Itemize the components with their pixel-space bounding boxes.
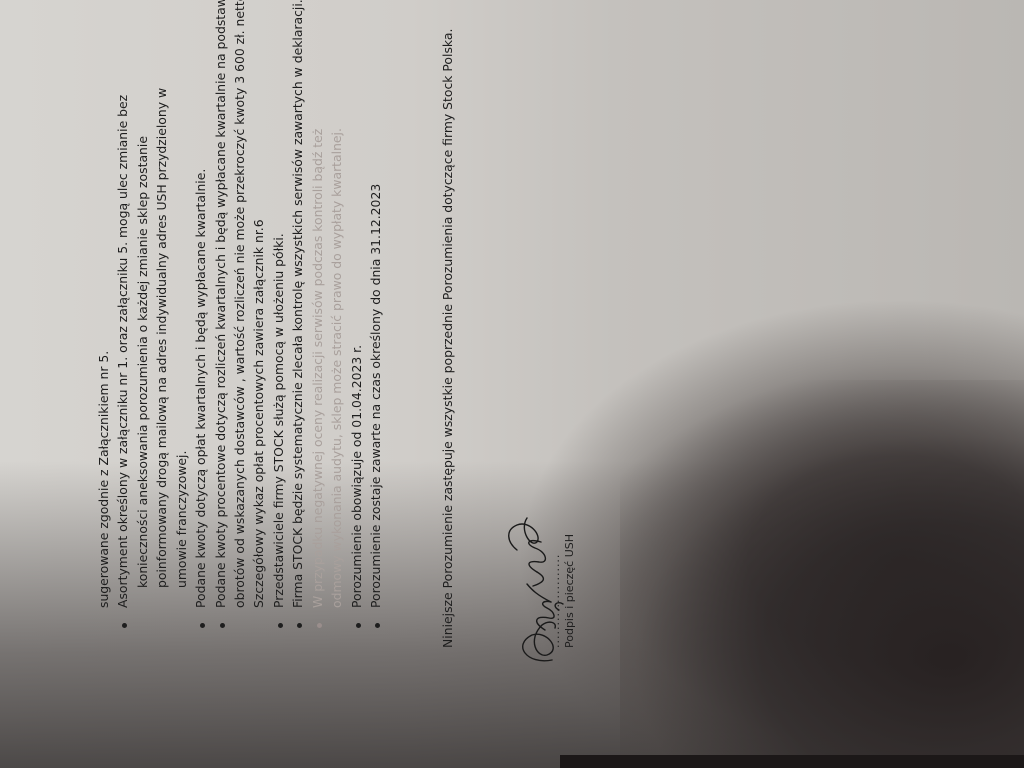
table-edge [560, 755, 1024, 768]
text-line: obrotów od wskazanych dostawców , wartoś… [232, 0, 248, 608]
bullet-icon [122, 623, 127, 628]
text-line: Porozumienie obowiązuje od 01.04.2023 r. [349, 345, 365, 608]
bullet-icon [297, 623, 302, 628]
text-line: W przypadku negatywnej oceny realizacji … [310, 129, 326, 608]
text-line: umowie franczyzowej. [174, 451, 190, 588]
text-line: Przedstawiciele firmy STOCK służą pomocą… [271, 233, 287, 608]
text-line: konieczności aneksowania porozumienia o … [135, 136, 151, 588]
document-page: sugerowane zgodnie z Załącznikiem nr 5. … [92, 0, 712, 640]
closing-statement: Niniejsze Porozumienie zastępuje wszystk… [440, 29, 456, 648]
bullet-icon [278, 623, 283, 628]
text-line: Podane kwoty procentowe dotyczą rozlicze… [213, 0, 229, 608]
bullet-icon [317, 623, 322, 628]
text-line: Asortyment określony w załączniku nr 1. … [115, 95, 131, 608]
text-line: Firma STOCK będzie systematycznie zlecał… [290, 0, 306, 608]
text-line: poinformowany drogą mailową na adres ind… [154, 88, 170, 588]
text-line: Szczegółowy wykaz opłat procentowych zaw… [251, 219, 267, 608]
handwritten-signature [497, 510, 572, 670]
bullet-icon [356, 623, 361, 628]
text-line: Podane kwoty dotyczą opłat kwartalnych i… [193, 169, 209, 608]
bullet-icon [375, 623, 380, 628]
text-line: odmowy wykonania audytu, sklep może stra… [329, 128, 345, 608]
text-line: sugerowane zgodnie z Załącznikiem nr 5. [96, 351, 112, 608]
bullet-icon [220, 623, 225, 628]
bullet-icon [200, 623, 205, 628]
text-line: Porozumienie zostaje zawarte na czas okr… [368, 184, 384, 608]
